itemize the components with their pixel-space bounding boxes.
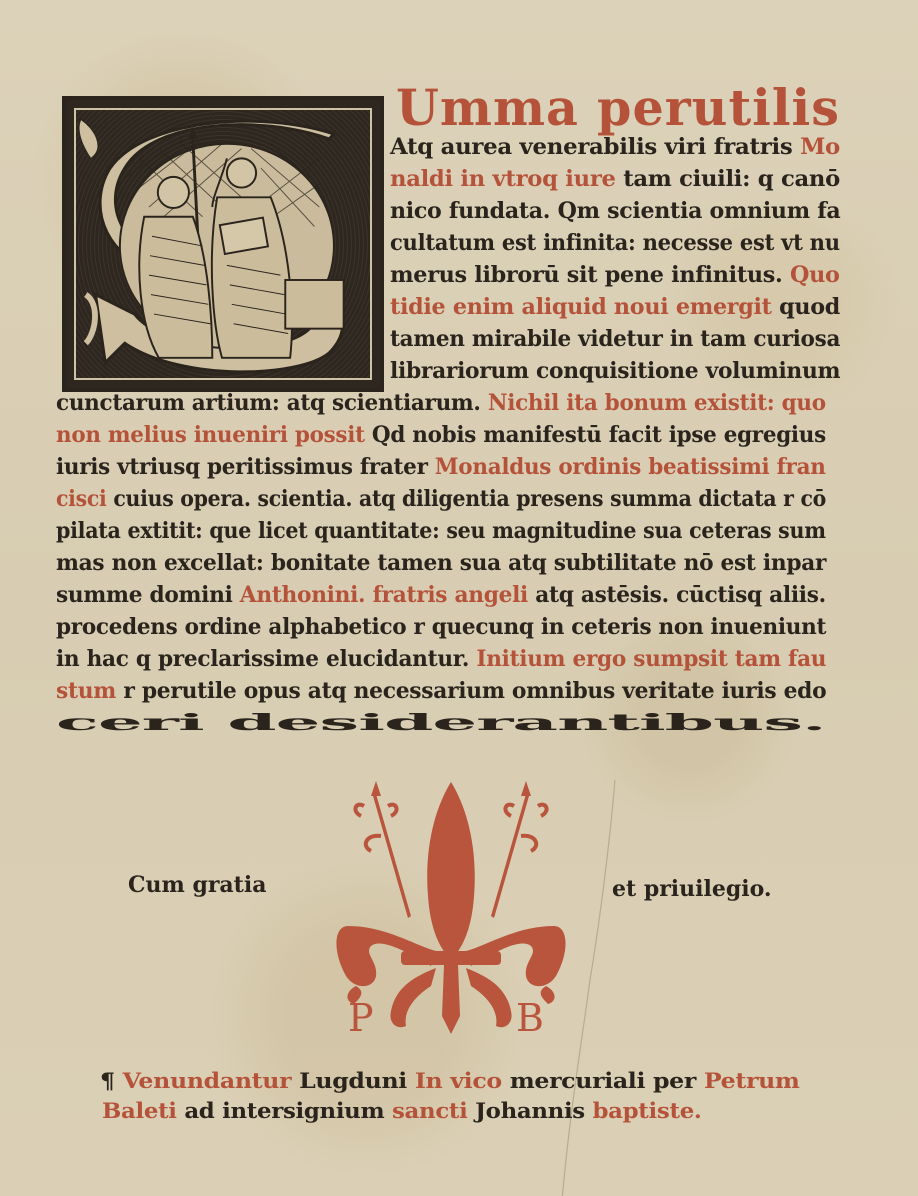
black-text: Lugduni — [299, 1068, 415, 1093]
black-text: Atq aurea venerabilis viri fratris — [390, 134, 800, 160]
rubricated-text: tidie enim aliquid noui emergit — [390, 294, 779, 320]
body-line: iuris vtriusq peritissimus frater Monald… — [56, 456, 826, 479]
black-text: in hac q preclarissime elucidantur. — [56, 646, 476, 672]
rubricated-text: naldi in vtroq iure — [390, 166, 623, 192]
black-text: cuius opera. scientia. atq diligentia pr… — [113, 486, 826, 512]
body-line: tidie enim aliquid noui emergit quod — [390, 296, 840, 319]
black-text: summe domini — [56, 582, 240, 608]
body-line: Atq aurea venerabilis viri fratris Mo — [390, 136, 840, 159]
body-line: stum r perutile opus atq necessarium omn… — [56, 680, 826, 703]
privilege-right-text: et priuilegio. — [612, 876, 772, 902]
black-text: ¶ — [100, 1068, 123, 1093]
body-line: cunctarum artium: atq scientiarum. Nichi… — [56, 392, 826, 415]
fleur-de-lis-printers-mark-icon: P B — [336, 776, 566, 1038]
black-text: procedens ordine alphabetico r quecunq i… — [56, 614, 826, 640]
black-text: mercuriali per — [510, 1068, 704, 1093]
body-line: pilata extitit: que licet quantitate: se… — [56, 520, 826, 543]
body-line: merus librorū sit pene infinitus. Quo — [390, 264, 840, 287]
woodcut-illustration-icon — [66, 100, 380, 388]
black-text: ceri desiderantibus. — [56, 710, 826, 736]
colophon-line: ¶ Venundantur Lugduni In vico mercuriali… — [100, 1070, 800, 1091]
rubricated-text: Petrum — [704, 1068, 800, 1093]
black-text: cultatum est infinita: necesse est vt nu — [390, 230, 840, 256]
title-page: Umma perutilis Atq aurea venerabilis vir… — [0, 0, 918, 1196]
black-text: pilata extitit: que licet quantitate: se… — [56, 518, 826, 544]
rubricated-text: sancti — [392, 1098, 475, 1123]
black-text: librariorum conquisitione voluminum — [390, 358, 840, 384]
body-line: summe domini Anthonini. fratris angeli a… — [56, 584, 826, 607]
body-line: nico fundata. Qm scientia omnium fa — [390, 200, 840, 223]
privilege-left-text: Cum gratia — [128, 872, 266, 898]
black-text: nico fundata. Qm scientia omnium fa — [390, 198, 840, 224]
black-text: Johannis — [475, 1098, 592, 1123]
body-line: non melius inueniri possit Qd nobis mani… — [56, 424, 826, 447]
rubricated-text: non melius inueniri possit — [56, 422, 372, 448]
paper-crack-mark — [560, 780, 620, 1196]
rubricated-text: Anthonini. fratris angeli — [240, 582, 535, 608]
rubricated-text: Mo — [800, 134, 840, 160]
black-text: iuris vtriusq peritissimus frater — [56, 454, 435, 480]
black-text: cunctarum artium: atq scientiarum. — [56, 390, 488, 416]
body-line: cisci cuius opera. scientia. atq diligen… — [56, 488, 826, 511]
colophon-line: Baleti ad intersignium sancti Johannis b… — [102, 1100, 702, 1121]
document-title: Umma perutilis — [396, 78, 840, 137]
rubricated-text: Monaldus ordinis beatissimi fran — [435, 454, 826, 480]
rubricated-text: In vico — [415, 1068, 510, 1093]
black-text: mas non excellat: bonitate tamen sua atq… — [56, 550, 826, 576]
rubricated-text: stum — [56, 678, 123, 704]
black-text: Qd nobis manifestū facit ipse egregius — [372, 422, 826, 448]
woodcut-initial-s — [62, 96, 384, 392]
black-text: merus librorū sit pene infinitus. — [390, 262, 790, 288]
initial-p: P — [348, 996, 374, 1038]
rubricated-text: Nichil ita bonum existit: quo — [488, 390, 826, 416]
black-text: r perutile opus atq necessarium omnibus … — [123, 678, 826, 704]
black-text: atq astēsis. cūctisq aliis. — [535, 582, 826, 608]
body-line: in hac q preclarissime elucidantur. Init… — [56, 648, 826, 671]
rubricated-text: Venundantur — [123, 1068, 300, 1093]
body-line: cultatum est infinita: necesse est vt nu — [390, 232, 840, 255]
rubricated-text: Quo — [790, 262, 840, 288]
body-line: procedens ordine alphabetico r quecunq i… — [56, 616, 826, 639]
body-line: ceri desiderantibus. — [56, 712, 826, 735]
body-line: tamen mirabile videtur in tam curiosa — [390, 328, 840, 351]
rubricated-text: Initium ergo sumpsit tam fau — [476, 646, 826, 672]
black-text: ad intersignium — [184, 1098, 392, 1123]
black-text: tamen mirabile videtur in tam curiosa — [390, 326, 840, 352]
body-line: mas non excellat: bonitate tamen sua atq… — [56, 552, 826, 575]
rubricated-text: cisci — [56, 486, 113, 512]
body-line: naldi in vtroq iure tam ciuili: q canō — [390, 168, 840, 191]
rubricated-text: baptiste. — [592, 1098, 701, 1123]
initial-b: B — [516, 996, 544, 1038]
black-text: quod — [779, 294, 840, 320]
rubricated-text: Baleti — [102, 1098, 184, 1123]
black-text: tam ciuili: q canō — [623, 166, 840, 192]
body-line: librariorum conquisitione voluminum — [390, 360, 840, 383]
